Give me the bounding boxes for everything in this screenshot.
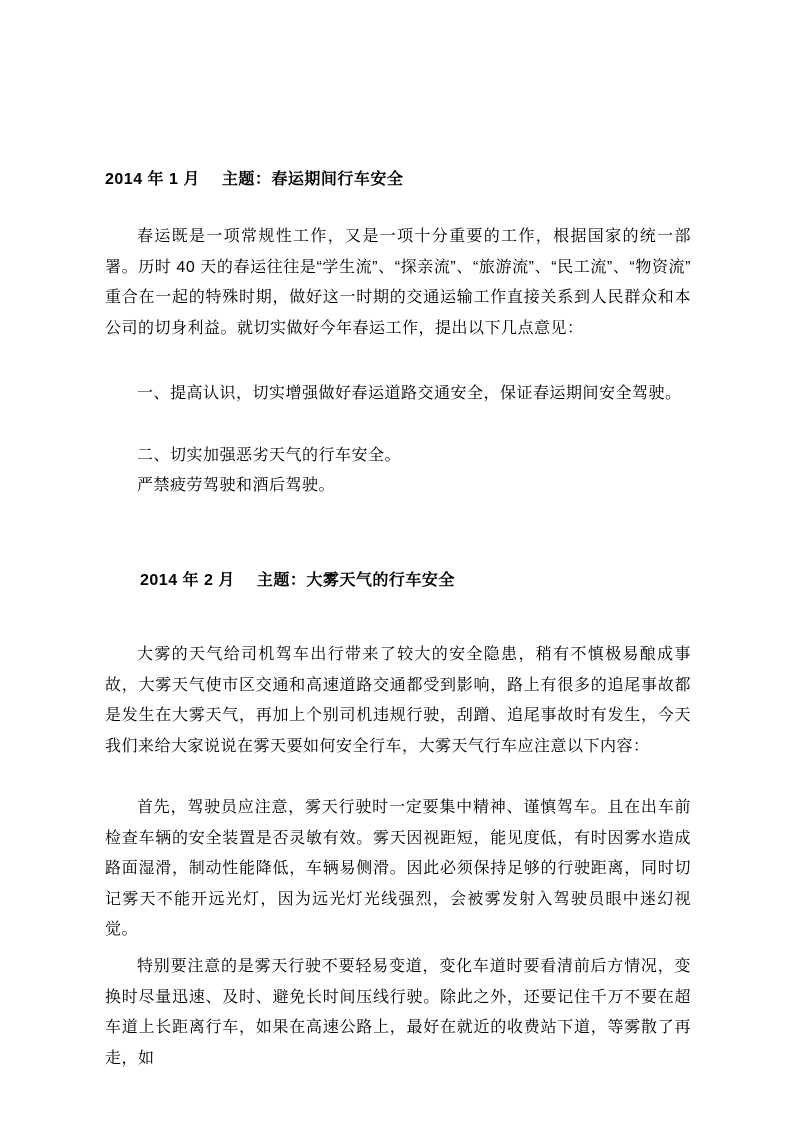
section1-ban-statement: 严禁疲劳驾驶和酒后驾驶。 <box>105 471 691 502</box>
section1-heading-topic: 主题：春运期间行车安全 <box>222 171 404 188</box>
section2-heading-date: 2014 年 2 月 <box>140 572 235 589</box>
section2-heading-topic: 主题：大雾天气的行车安全 <box>257 572 455 589</box>
document-page: 2014 年 1 月主题：春运期间行车安全 春运既是一项常规性工作，又是一项十分… <box>0 0 794 1123</box>
section1-heading: 2014 年 1 月主题：春运期间行车安全 <box>105 165 691 196</box>
section2-special-paragraph: 特别要注意的是雾天行驶不要轻易变道，变化车道时要看清前后方情况，变换时尽量迅速、… <box>105 952 691 1074</box>
section2-intro-paragraph: 大雾的天气给司机驾车出行带来了较大的安全隐患，稍有不慎极易酿成事故，大雾天气使市… <box>105 640 691 762</box>
section2-first-paragraph: 首先，驾驶员应注意，雾天行驶时一定要集中精神、谨慎驾车。且在出车前检查车辆的安全… <box>105 793 691 946</box>
section2-heading: 2014 年 2 月主题：大雾天气的行车安全 <box>105 566 726 597</box>
section1-point-2: 二、切实加强恶劣天气的行车安全。 <box>105 441 691 472</box>
section1-heading-date: 2014 年 1 月 <box>105 171 200 188</box>
section1-point-1: 一、提高认识，切实增强做好春运道路交通安全，保证春运期间安全驾驶。 <box>105 379 691 410</box>
section1-intro-paragraph: 春运既是一项常规性工作，又是一项十分重要的工作，根据国家的统一部署。历时 40 … <box>105 222 691 344</box>
